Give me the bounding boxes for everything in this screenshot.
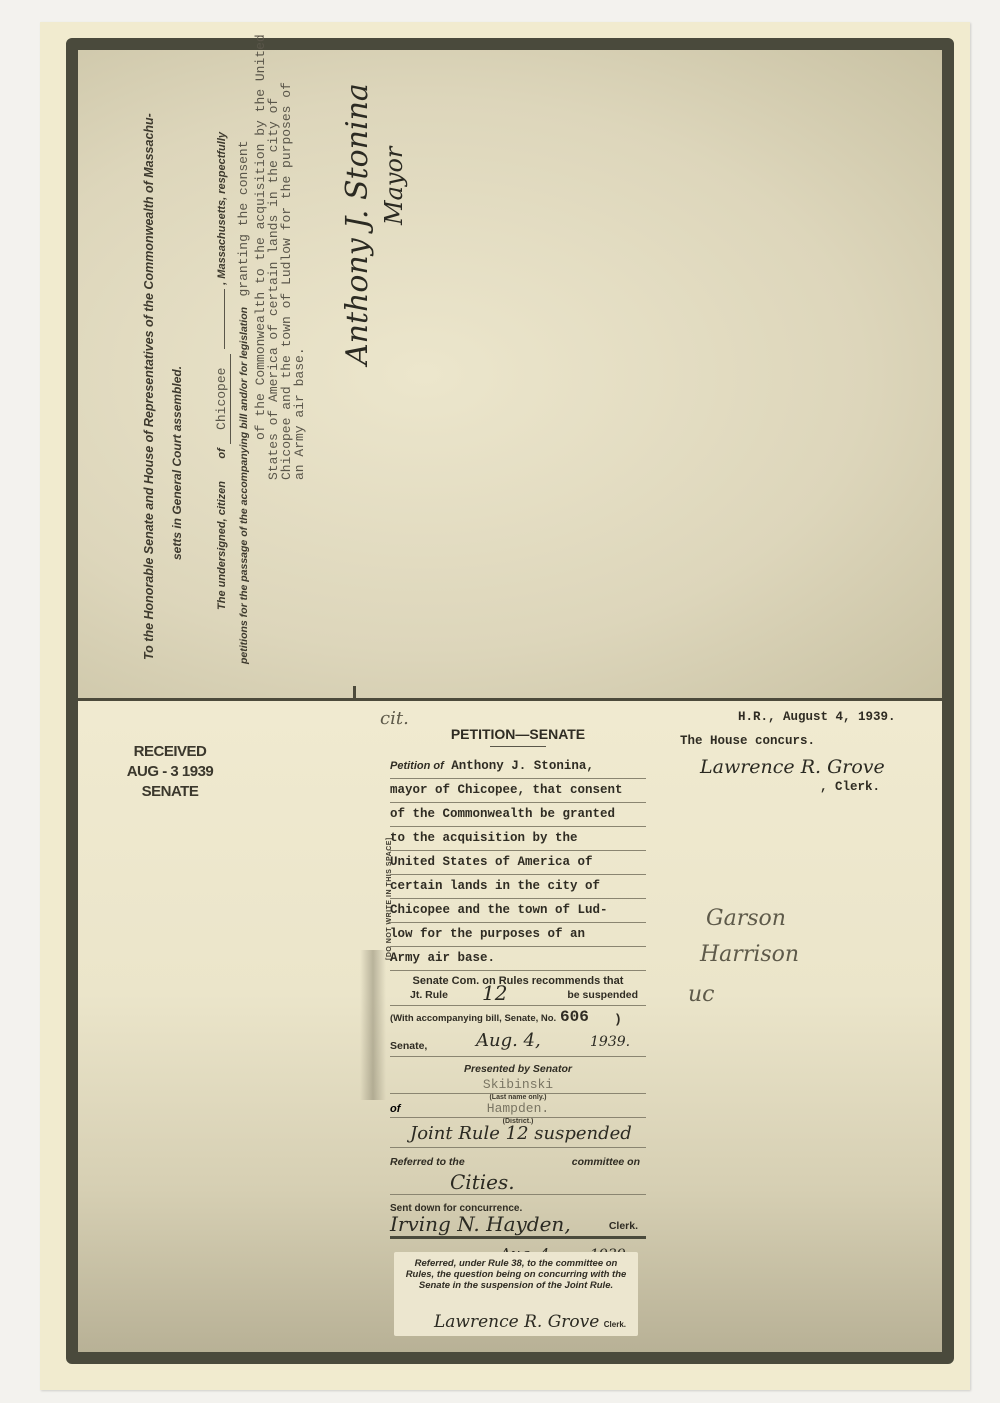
referred-row: Referred to the committee on	[390, 1152, 646, 1172]
petitioner-name: Anthony J. Stonina,	[451, 759, 594, 773]
house-action-date: H.R., August 4, 1939.	[738, 710, 930, 724]
received-stamp-senate: SENATE	[110, 782, 230, 802]
fold-tick-mark	[353, 686, 356, 698]
senate-label: Senate,	[390, 1040, 427, 1052]
senate-clerk-signature: Irving N. Hayden,	[390, 1212, 571, 1236]
mayor-signature: Anthony J. Stonina	[340, 83, 375, 365]
senate-date: Aug. 4,	[476, 1030, 541, 1051]
house-clerk-block: Lawrence R. Grove Clerk.	[434, 1312, 626, 1332]
received-stamp-date: AUG - 3 1939	[110, 762, 230, 782]
received-stamp: RECEIVED AUG - 3 1939 SENATE	[110, 742, 230, 802]
citizen-of-label: of	[216, 448, 228, 458]
petitions-prefix: petitions for the passage of the accompa…	[238, 307, 250, 664]
petition-line-5: United States of America of	[390, 851, 646, 875]
mayor-title: Mayor	[380, 147, 408, 225]
senate-date-row: Senate, Aug. 4, 1939.	[390, 1030, 646, 1057]
referral-note: Referred, under Rule 38, to the committe…	[404, 1258, 628, 1291]
petition-line-6: certain lands in the city of	[390, 875, 646, 899]
house-clerk-signature: Lawrence R. Grove	[434, 1312, 599, 1332]
address-heading-line1: To the Honorable Senate and House of Rep…	[142, 113, 156, 660]
pencil-note-2: Harrison	[700, 942, 799, 967]
house-action-block: H.R., August 4, 1939. The House concurs.…	[680, 708, 930, 794]
district-row: of Hampden.	[390, 1101, 646, 1118]
petition-line-1: Petition of Anthony J. Stonina,	[390, 755, 646, 779]
house-clerk-label: Clerk.	[604, 1320, 626, 1329]
petition-cover-form: PETITION—SENATE Petition of Anthony J. S…	[390, 712, 646, 1342]
house-concurs: The House concurs.	[680, 734, 930, 748]
committee-row: Cities.	[390, 1172, 646, 1195]
referral-box: Referred, under Rule 38, to the committe…	[394, 1252, 638, 1336]
bill-row: (With accompanying bill, Senate, No. 606…	[390, 1006, 646, 1030]
joint-rule-suspended-note: Joint Rule 12 suspended	[410, 1123, 632, 1144]
citizen-line: The undersigned, citizen of Chicopee , M…	[212, 132, 231, 610]
petition-line-3: of the Commonwealth be granted	[390, 803, 646, 827]
pencil-note-1: Garson	[706, 906, 786, 931]
citizen-line-suffix: , Massachusetts, respectfully	[216, 132, 228, 285]
senator-name: Skibinski	[390, 1077, 646, 1092]
petition-line-4: to the acquisition by the	[390, 827, 646, 851]
district: Hampden.	[390, 1101, 646, 1116]
referred-label: Referred to the	[390, 1156, 465, 1168]
senate-clerk-row: Irving N. Hayden, Clerk.	[390, 1214, 646, 1239]
citizen-line-prefix: The undersigned, citizen	[216, 481, 228, 610]
form-title: PETITION—SENATE	[390, 726, 646, 742]
house-action-clerk-label: , Clerk.	[820, 780, 930, 794]
committee-name: Cities.	[450, 1170, 515, 1194]
joint-rule-row: Jt. Rule 12 be suspended	[390, 987, 646, 1006]
petition-line-9: Army air base.	[390, 947, 646, 971]
senator-name-hint: (Last name only.)	[390, 1094, 646, 1101]
pencil-note-3: uc	[688, 982, 715, 1007]
joint-rule-label: Jt. Rule	[410, 989, 448, 1001]
petition-line-7: Chicopee and the town of Lud-	[390, 899, 646, 923]
senate-year: 1939.	[590, 1034, 630, 1050]
bill-number: 606	[560, 1008, 589, 1026]
petition-line-8: low for the purposes of an	[390, 923, 646, 947]
bill-close: )	[616, 1011, 620, 1026]
petition-line-2: mayor of Chicopee, that consent	[390, 779, 646, 803]
senator-row: Skibinski	[390, 1075, 646, 1094]
received-stamp-line1: RECEIVED	[110, 742, 230, 762]
committee-label: committee on	[572, 1156, 640, 1168]
rules-recommendation: Senate Com. on Rules recommends that	[390, 975, 646, 987]
title-rule	[490, 746, 546, 747]
petition-body-line-5: an Army air base.	[292, 347, 307, 480]
joint-rule-number: 12	[482, 981, 507, 1005]
fold-line	[78, 698, 942, 701]
citizen-city: Chicopee	[214, 368, 229, 430]
ink-smudge	[360, 950, 386, 1100]
senate-clerk-label: Clerk.	[609, 1220, 638, 1232]
joint-rule-suffix: be suspended	[567, 989, 638, 1001]
house-action-clerk-signature: Lawrence R. Grove	[700, 756, 930, 778]
petition-body-line-1: granting the consent	[236, 140, 251, 296]
presented-by-label: Presented by Senator	[390, 1063, 646, 1075]
petitions-line: petitions for the passage of the accompa…	[234, 140, 252, 664]
joint-rule-note-row: Joint Rule 12 suspended	[390, 1125, 646, 1148]
bill-label: (With accompanying bill, Senate, No.	[390, 1013, 556, 1024]
petition-of-label: Petition of	[390, 760, 444, 772]
address-heading-line2: setts in General Court assembled.	[170, 366, 184, 560]
